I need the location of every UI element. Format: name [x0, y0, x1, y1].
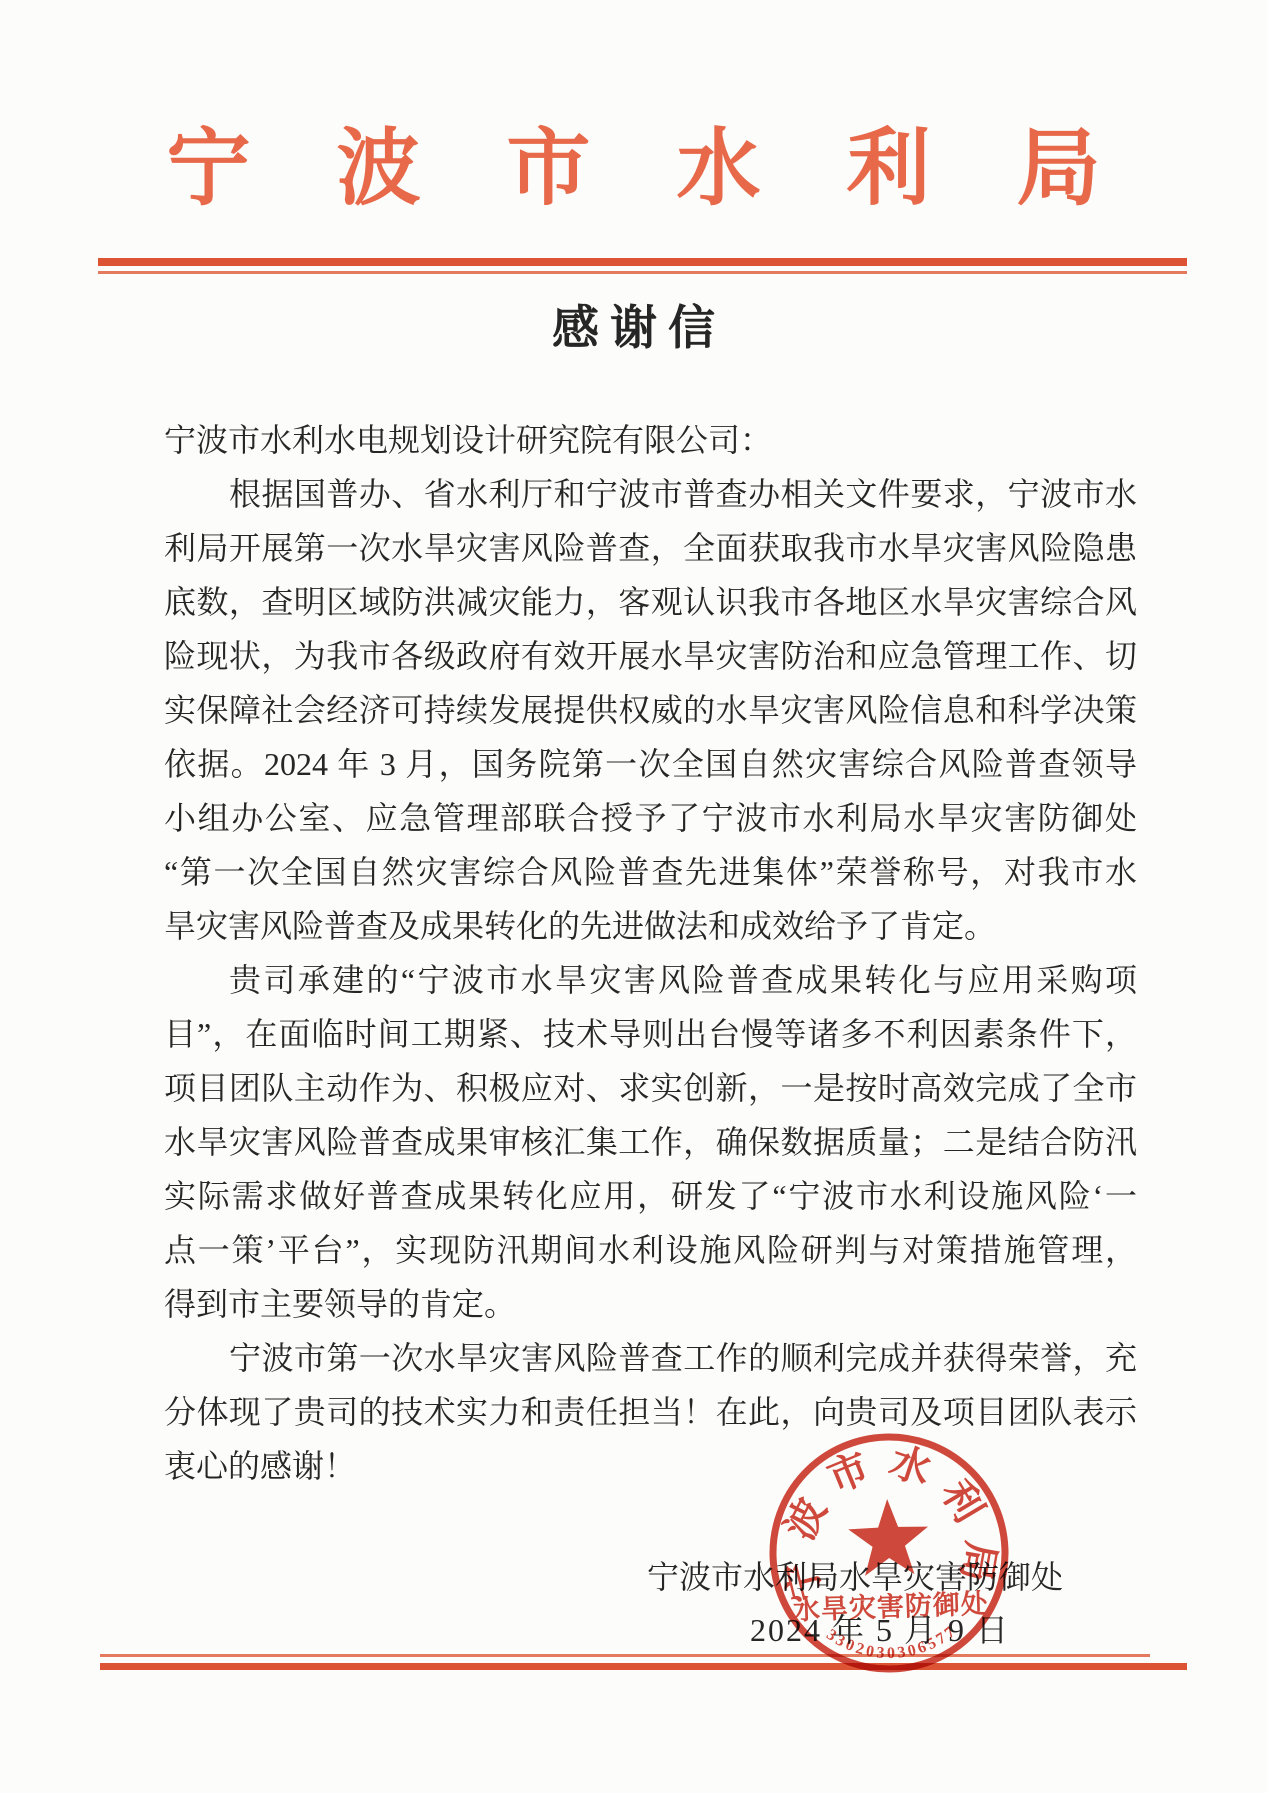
letterhead-title: 宁波市水利局 [0, 124, 1267, 216]
letter-page: 宁波市水利局 感谢信 宁波市水利水电规划设计研究院有限公司： 根据国普办、省水利… [0, 0, 1267, 1793]
body-line: 底数，查明区域防洪减灾能力，客观认识我市各地区水旱灾害综合风 [164, 575, 1137, 629]
body-line: 目”，在面临时间工期紧、技术导则出台慢等诸多不利因素条件下， [164, 1007, 1137, 1061]
addressee: 宁波市水利水电规划设计研究院有限公司： [164, 413, 1137, 467]
body-line: 根据国普办、省水利厅和宁波市普查办相关文件要求，宁波市水 [164, 467, 1137, 521]
body-line: 小组办公室、应急管理部联合授予了宁波市水利局水旱灾害防御处 [164, 791, 1137, 845]
body-line: 实保障社会经济可持续发展提供权威的水旱灾害风险信息和科学决策 [164, 683, 1137, 737]
body-line: 水旱灾害风险普查成果审核汇集工作，确保数据质量；二是结合防汛 [164, 1115, 1137, 1169]
body-line: 依据。2024 年 3 月，国务院第一次全国自然灾害综合风险普查领导 [164, 737, 1137, 791]
footer-rule-thick [100, 1663, 1187, 1670]
header-rule-thin [98, 271, 1187, 274]
body-line: 宁波市第一次水旱灾害风险普查工作的顺利完成并获得荣誉，充 [164, 1331, 1137, 1385]
official-seal: 宁波市水利局 水旱灾害防御处 3302030306577 [755, 1419, 1024, 1688]
body-line: 险现状，为我市各级政府有效开展水旱灾害防治和应急管理工作、切 [164, 629, 1137, 683]
body-line: “第一次全国自然灾害综合风险普查先进集体”荣誉称号，对我市水 [164, 845, 1137, 899]
letter-title: 感谢信 [0, 302, 1267, 356]
star-icon [847, 1498, 929, 1577]
body-line: 点一策’平台”，实现防汛期间水利设施风险研判与对策措施管理， [164, 1223, 1137, 1277]
header-rule-thick [98, 258, 1187, 266]
body-line: 利局开展第一次水旱灾害风险普查，全面获取我市水旱灾害风险隐患 [164, 521, 1137, 575]
paragraphs: 根据国普办、省水利厅和宁波市普查办相关文件要求，宁波市水利局开展第一次水旱灾害风… [164, 467, 1137, 1493]
body-line: 旱灾害风险普查及成果转化的先进做法和成效给予了肯定。 [164, 899, 1137, 953]
body-line: 项目团队主动作为、积极应对、求实创新，一是按时高效完成了全市 [164, 1061, 1137, 1115]
body-line: 贵司承建的“宁波市水旱灾害风险普查成果转化与应用采购项 [164, 953, 1137, 1007]
body-line: 实际需求做好普查成果转化应用，研发了“宁波市水利设施风险‘一 [164, 1169, 1137, 1223]
body-line: 得到市主要领导的肯定。 [164, 1277, 1137, 1331]
letter-body: 宁波市水利水电规划设计研究院有限公司： 根据国普办、省水利厅和宁波市普查办相关文… [164, 413, 1137, 1493]
